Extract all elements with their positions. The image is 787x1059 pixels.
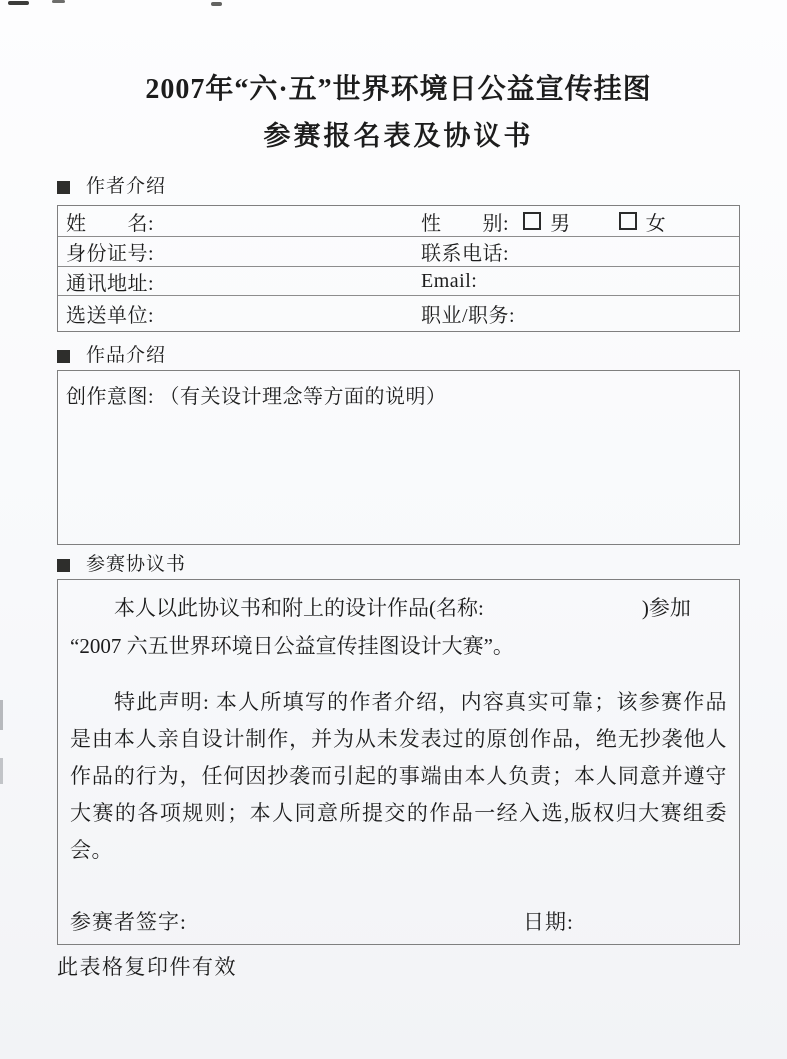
male-checkbox-label: 男 <box>550 207 571 236</box>
scan-artifact <box>0 758 3 784</box>
square-bullet-icon <box>57 559 70 572</box>
square-bullet-icon <box>57 181 70 194</box>
phone-field-label: 联系电话: <box>421 237 509 266</box>
signature-field-label: 参赛者签字: <box>70 906 187 936</box>
agreement-entry-line: 本人以此协议书和附上的设计作品(名称:)参加 <box>70 589 727 627</box>
date-field-label: 日期: <box>523 906 574 936</box>
scan-artifact <box>0 700 3 730</box>
author-info-table: 姓 名: 性 别: 男 女 身份证号: 联系电话: <box>57 205 740 332</box>
email-field-label: Email: <box>421 270 477 293</box>
address-field-label: 通讯地址: <box>66 267 421 296</box>
section-header-work: 作品介绍 <box>57 345 740 367</box>
gender-female-option: 女 <box>619 207 667 236</box>
male-checkbox[interactable] <box>523 212 541 230</box>
form-title-line2: 参赛报名表及协议书 <box>57 118 740 154</box>
name-field-label: 姓 名: <box>66 207 421 236</box>
agreement-box: 本人以此协议书和附上的设计作品(名称:)参加 “2007 六五世界环境日公益宣传… <box>57 579 740 945</box>
work-name-blank-field <box>484 614 642 615</box>
work-intent-box: 创作意图: （有关设计理念等方面的说明） <box>57 370 740 545</box>
agreement-contest-name: “2007 六五世界环境日公益宣传挂图设计大赛”。 <box>70 627 727 665</box>
table-row-address-email: 通讯地址: Email: <box>58 266 739 295</box>
section-header-agreement: 参赛协议书 <box>57 554 740 576</box>
section-header-author-label: 作者介绍 <box>86 176 166 198</box>
gender-male-option: 男 <box>523 207 571 236</box>
table-row-unit-occupation: 选送单位: 职业/职务: <box>58 295 739 331</box>
agreement-entry-after: )参加 <box>642 596 691 620</box>
square-bullet-icon <box>57 350 70 363</box>
form-title-line1: 2007年“六·五”世界环境日公益宣传挂图 <box>57 72 740 108</box>
signature-row: 参赛者签字: 日期: <box>70 906 727 934</box>
female-checkbox[interactable] <box>619 212 637 230</box>
id-field-label: 身份证号: <box>66 237 421 266</box>
copy-validity-note: 此表格复印件有效 <box>57 953 740 981</box>
gender-field: 性 别: 男 女 <box>421 207 666 236</box>
scan-artifact <box>8 1 29 5</box>
agreement-entry-before: 本人以此协议书和附上的设计作品(名称: <box>114 596 484 620</box>
female-checkbox-label: 女 <box>646 207 667 236</box>
form-content: 2007年“六·五”世界环境日公益宣传挂图 参赛报名表及协议书 作者介绍 姓 名… <box>57 0 740 981</box>
occupation-field-label: 职业/职务: <box>421 299 515 328</box>
work-intent-label: 创作意图: （有关设计理念等方面的说明） <box>66 386 447 408</box>
gender-field-label: 性 别: <box>421 207 509 236</box>
table-row-id-phone: 身份证号: 联系电话: <box>58 236 739 266</box>
unit-field-label: 选送单位: <box>66 299 421 328</box>
section-header-author: 作者介绍 <box>57 176 740 198</box>
section-header-agreement-label: 参赛协议书 <box>86 554 186 576</box>
table-row-name-gender: 姓 名: 性 别: 男 女 <box>58 206 739 236</box>
agreement-declaration: 特此声明: 本人所填写的作者介绍，内容真实可靠；该参赛作品是由本人亲自设计制作，… <box>70 684 727 869</box>
section-header-work-label: 作品介绍 <box>86 345 166 367</box>
